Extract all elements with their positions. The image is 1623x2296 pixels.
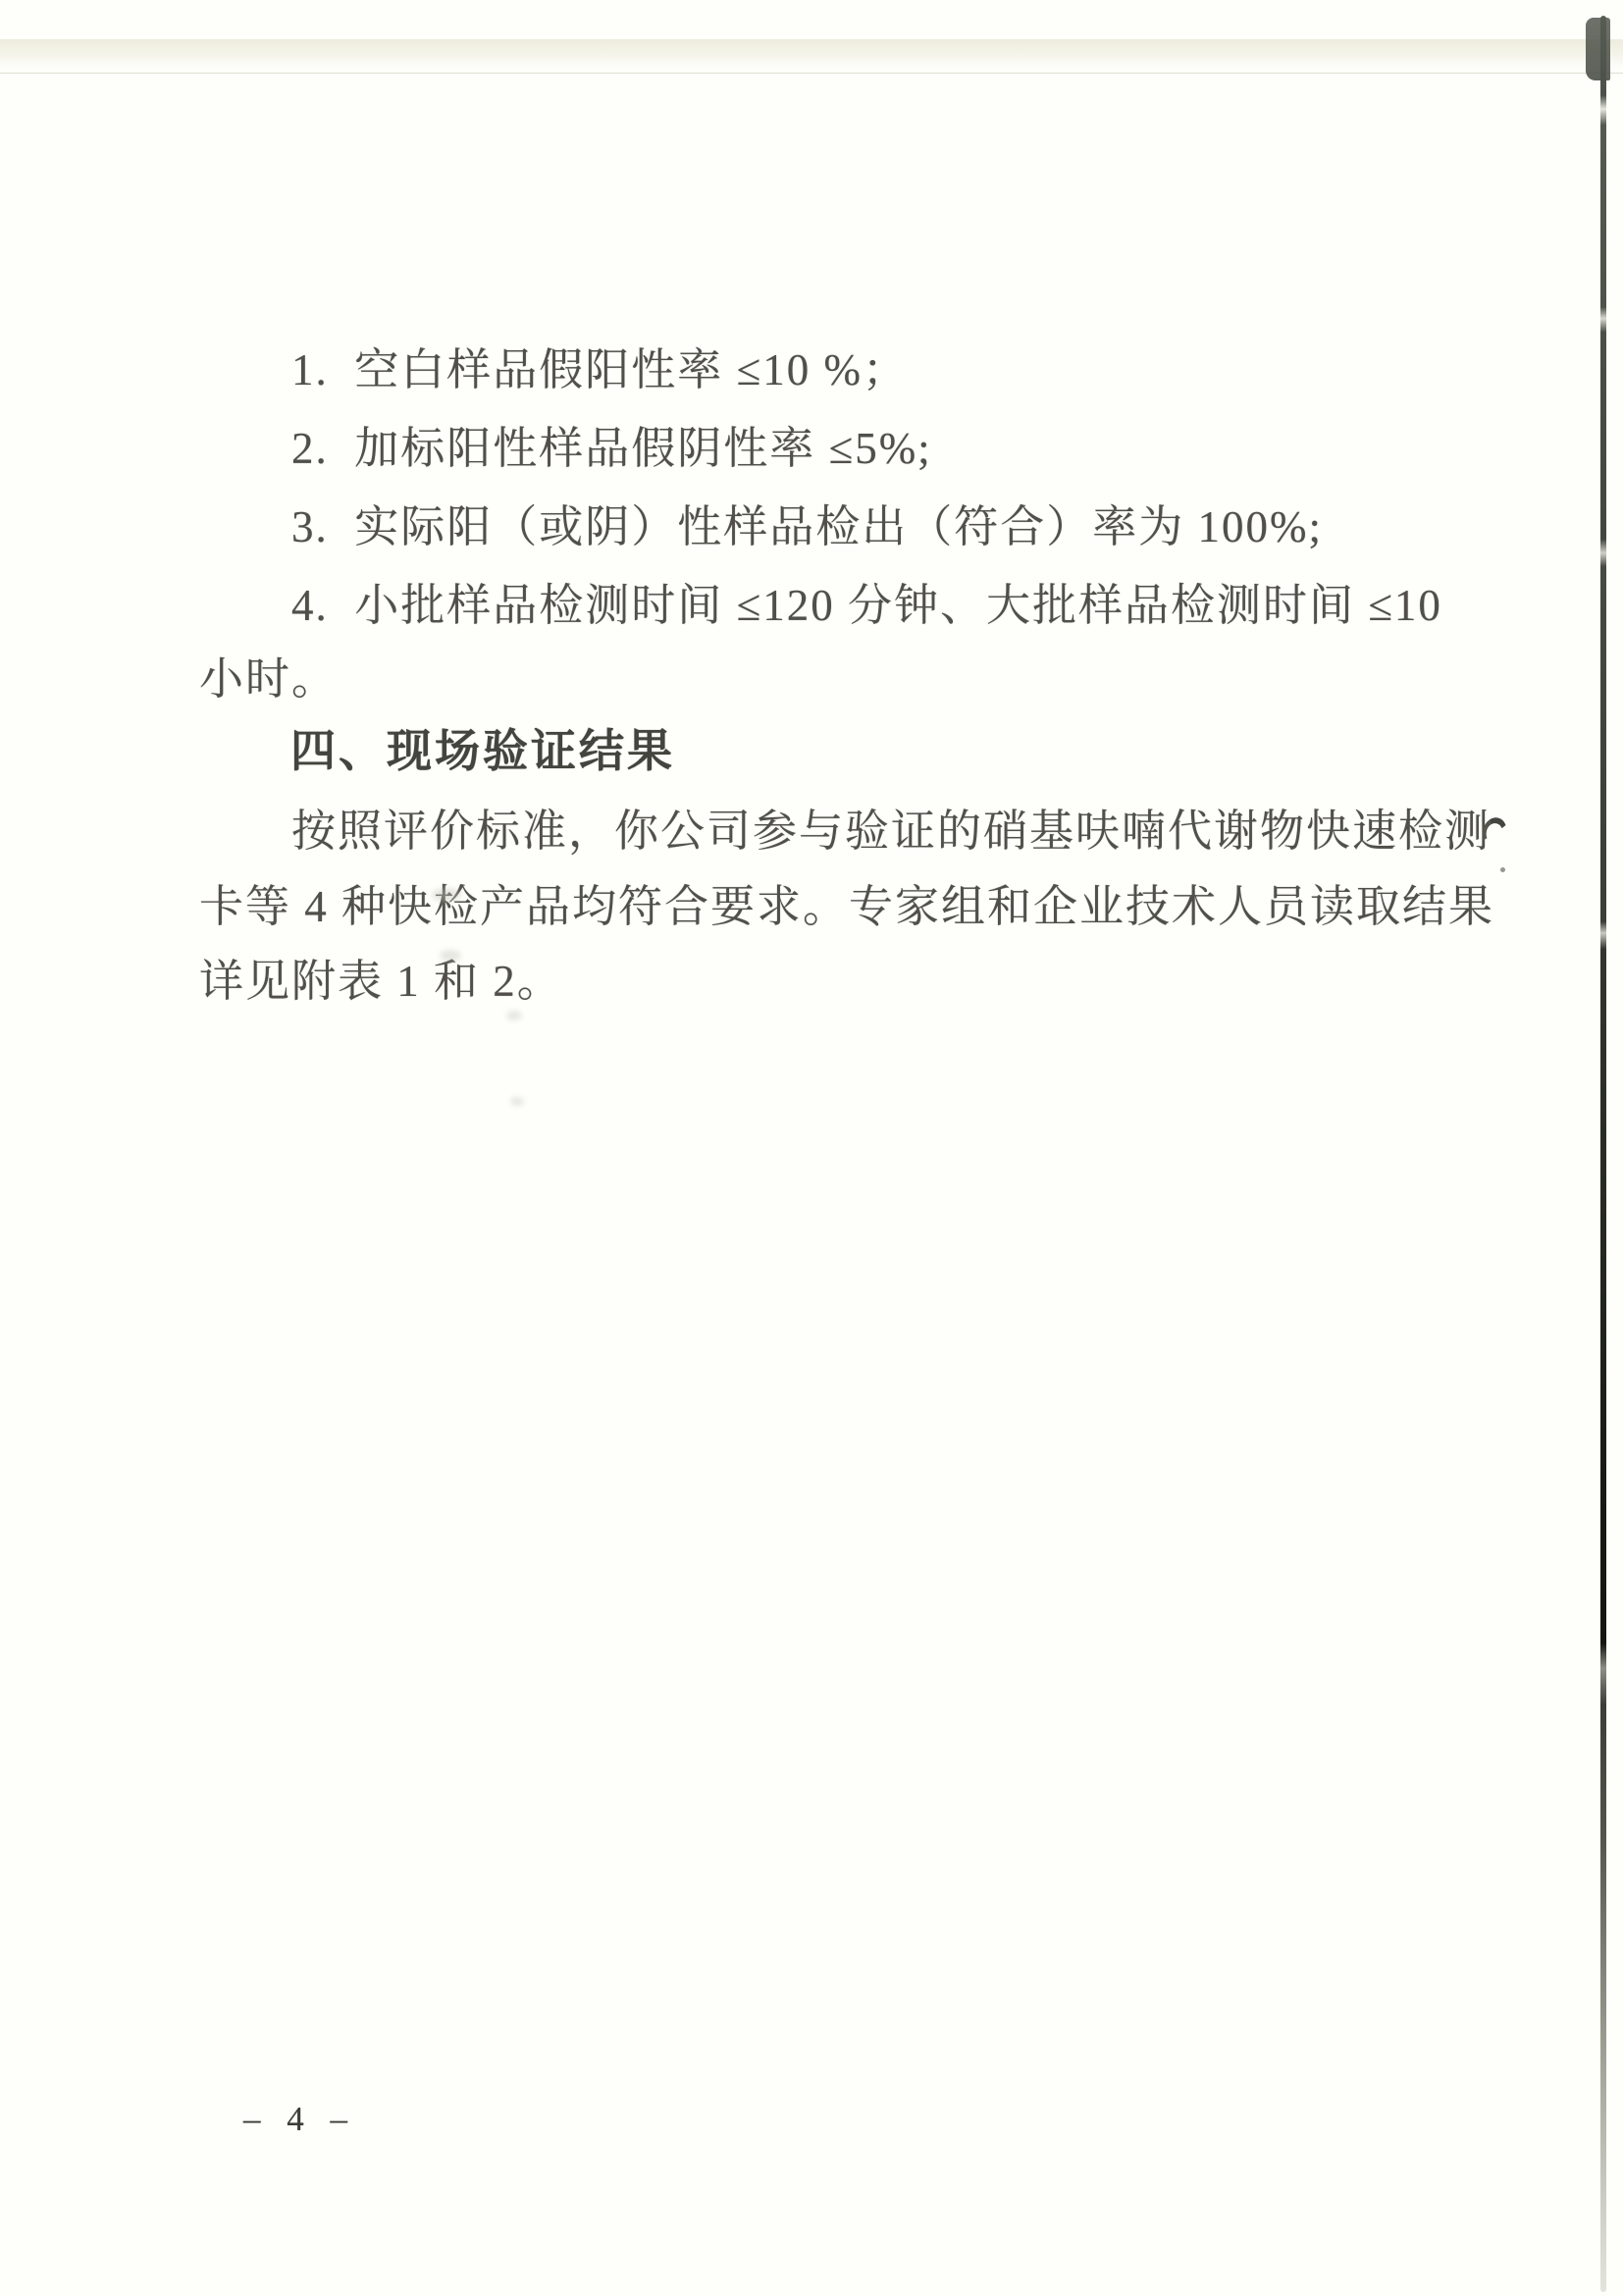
scan-smudge [440, 950, 461, 962]
scan-top-edge-band [0, 39, 1623, 74]
scan-smudge [510, 1097, 524, 1106]
paragraph-line-3: 详见附表 1 和 2。 [199, 955, 563, 1008]
scan-right-edge-line [1600, 16, 1606, 2292]
paragraph-line-1: 按照评价标准，你公司参与验证的硝基呋喃代谢物快速检测 [291, 805, 1491, 858]
scanned-document-page: 1. 空白样品假阳性率 ≤10 %； 2. 加标阳性样品假阴性率 ≤5%; 3.… [0, 0, 1623, 2296]
page-number: – 4 – [243, 2100, 356, 2139]
section-heading: 四、现场验证结果 [290, 724, 675, 778]
scan-smudge [506, 1011, 522, 1020]
list-item-3: 3. 实际阳（或阴）性样品检出（符合）率为 100%; [291, 500, 1323, 553]
list-item-4: 4. 小批样品检测时间 ≤120 分钟、大批样品检测时间 ≤10 [291, 579, 1442, 632]
paragraph-line-2: 卡等 4 种快检产品均符合要求。专家组和企业技术人员读取结果 [199, 880, 1494, 933]
list-item-2: 2. 加标阳性样品假阴性率 ≤5%; [291, 422, 932, 475]
list-item-1: 1. 空白样品假阳性率 ≤10 %； [291, 343, 909, 396]
list-item-4-continuation: 小时。 [199, 652, 338, 705]
scan-smudge [432, 888, 461, 902]
scan-corner-mark [1586, 18, 1610, 80]
ink-speck-dot [1500, 867, 1505, 872]
